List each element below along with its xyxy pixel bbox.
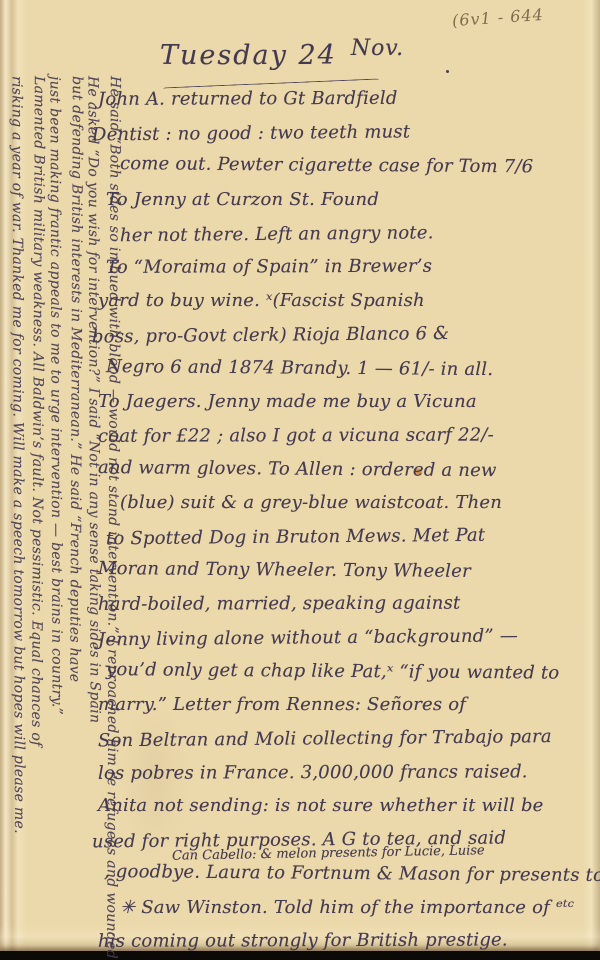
- diary-line: Anita not sending: is not sure whether i…: [98, 789, 598, 823]
- diary-line: to Spotted Dog in Bruton Mews. Met Pat: [106, 518, 598, 556]
- diary-line: her not there. Left an angry note.: [120, 214, 598, 252]
- margin-note-line: He said “Both sides so imbued with blood…: [101, 76, 124, 960]
- margin-note-line: but defending British interests in Medit…: [63, 76, 86, 960]
- margin-note-line: just been making frantic appeals to me t…: [44, 76, 66, 960]
- diary-line: marry.” Letter from Rennes: Señores of: [98, 688, 598, 722]
- diary-line: come out. Pewter cigarette case for Tom …: [120, 147, 598, 184]
- diary-line: Moran and Tony Wheeler. Tony Wheeler: [98, 552, 598, 590]
- diary-line: (blue) suit & a grey-blue waistcoat. The…: [120, 486, 598, 520]
- diary-line: Jenny living alone without a “background…: [98, 619, 598, 657]
- diary-line: his coming out strongly for British pres…: [98, 923, 598, 958]
- margin-note-line: Lamented British military weakness. All …: [25, 76, 48, 960]
- diary-line: Dentist : no good : two teeth must: [92, 113, 598, 152]
- diary-line: John A. returned to Gt Bardfield: [98, 81, 598, 116]
- entry-date-day: Tuesday 24: [160, 40, 337, 71]
- diary-body: John A. returned to Gt BardfieldDentist …: [92, 82, 598, 958]
- diary-line: coat for £22 ; also I got a vicuna scarf…: [98, 418, 598, 453]
- diary-line: To Jaegers. Jenny made me buy a Vicuna: [98, 385, 598, 419]
- ink-dot: [446, 70, 449, 73]
- diary-line: and warm gloves. To Allen : ordered a ne…: [98, 451, 598, 489]
- diary-line: los pobres in France. 3,000,000 francs r…: [98, 755, 598, 790]
- diary-line: yard to buy wine. ˣ(Fascist Spanish: [98, 284, 598, 318]
- diary-line: boss, pro-Govt clerk) Rioja Blanco 6 &: [92, 315, 598, 354]
- diary-line: To Jenny at Curzon St. Found: [106, 183, 598, 217]
- margin-note-line: He asked “Do you wish for intervention?”…: [82, 76, 104, 960]
- entry-title: Tuesday 24Nov.: [160, 40, 404, 71]
- entry-date-month: Nov.: [351, 36, 404, 61]
- margin-note: He said “Both sides so imbued with blood…: [8, 76, 122, 960]
- diary-line: you’d only get a chap like Pat,ˣ “if you…: [106, 653, 598, 691]
- margin-note-line: risking a year of war. Thanked me for co…: [6, 76, 28, 960]
- diary-line: To “Moraima of Spain” in Brewer’s: [106, 250, 598, 285]
- diary-line: Son Beltran and Moli collecting for Trab…: [98, 720, 598, 758]
- diary-line: hard-boiled, married, speaking against: [98, 586, 598, 621]
- diary-line: Negro 6 and 1874 Brandy. 1 — 61/- in all…: [106, 350, 598, 388]
- diary-line: ✳ Saw Winston. Told him of the importanc…: [120, 891, 598, 925]
